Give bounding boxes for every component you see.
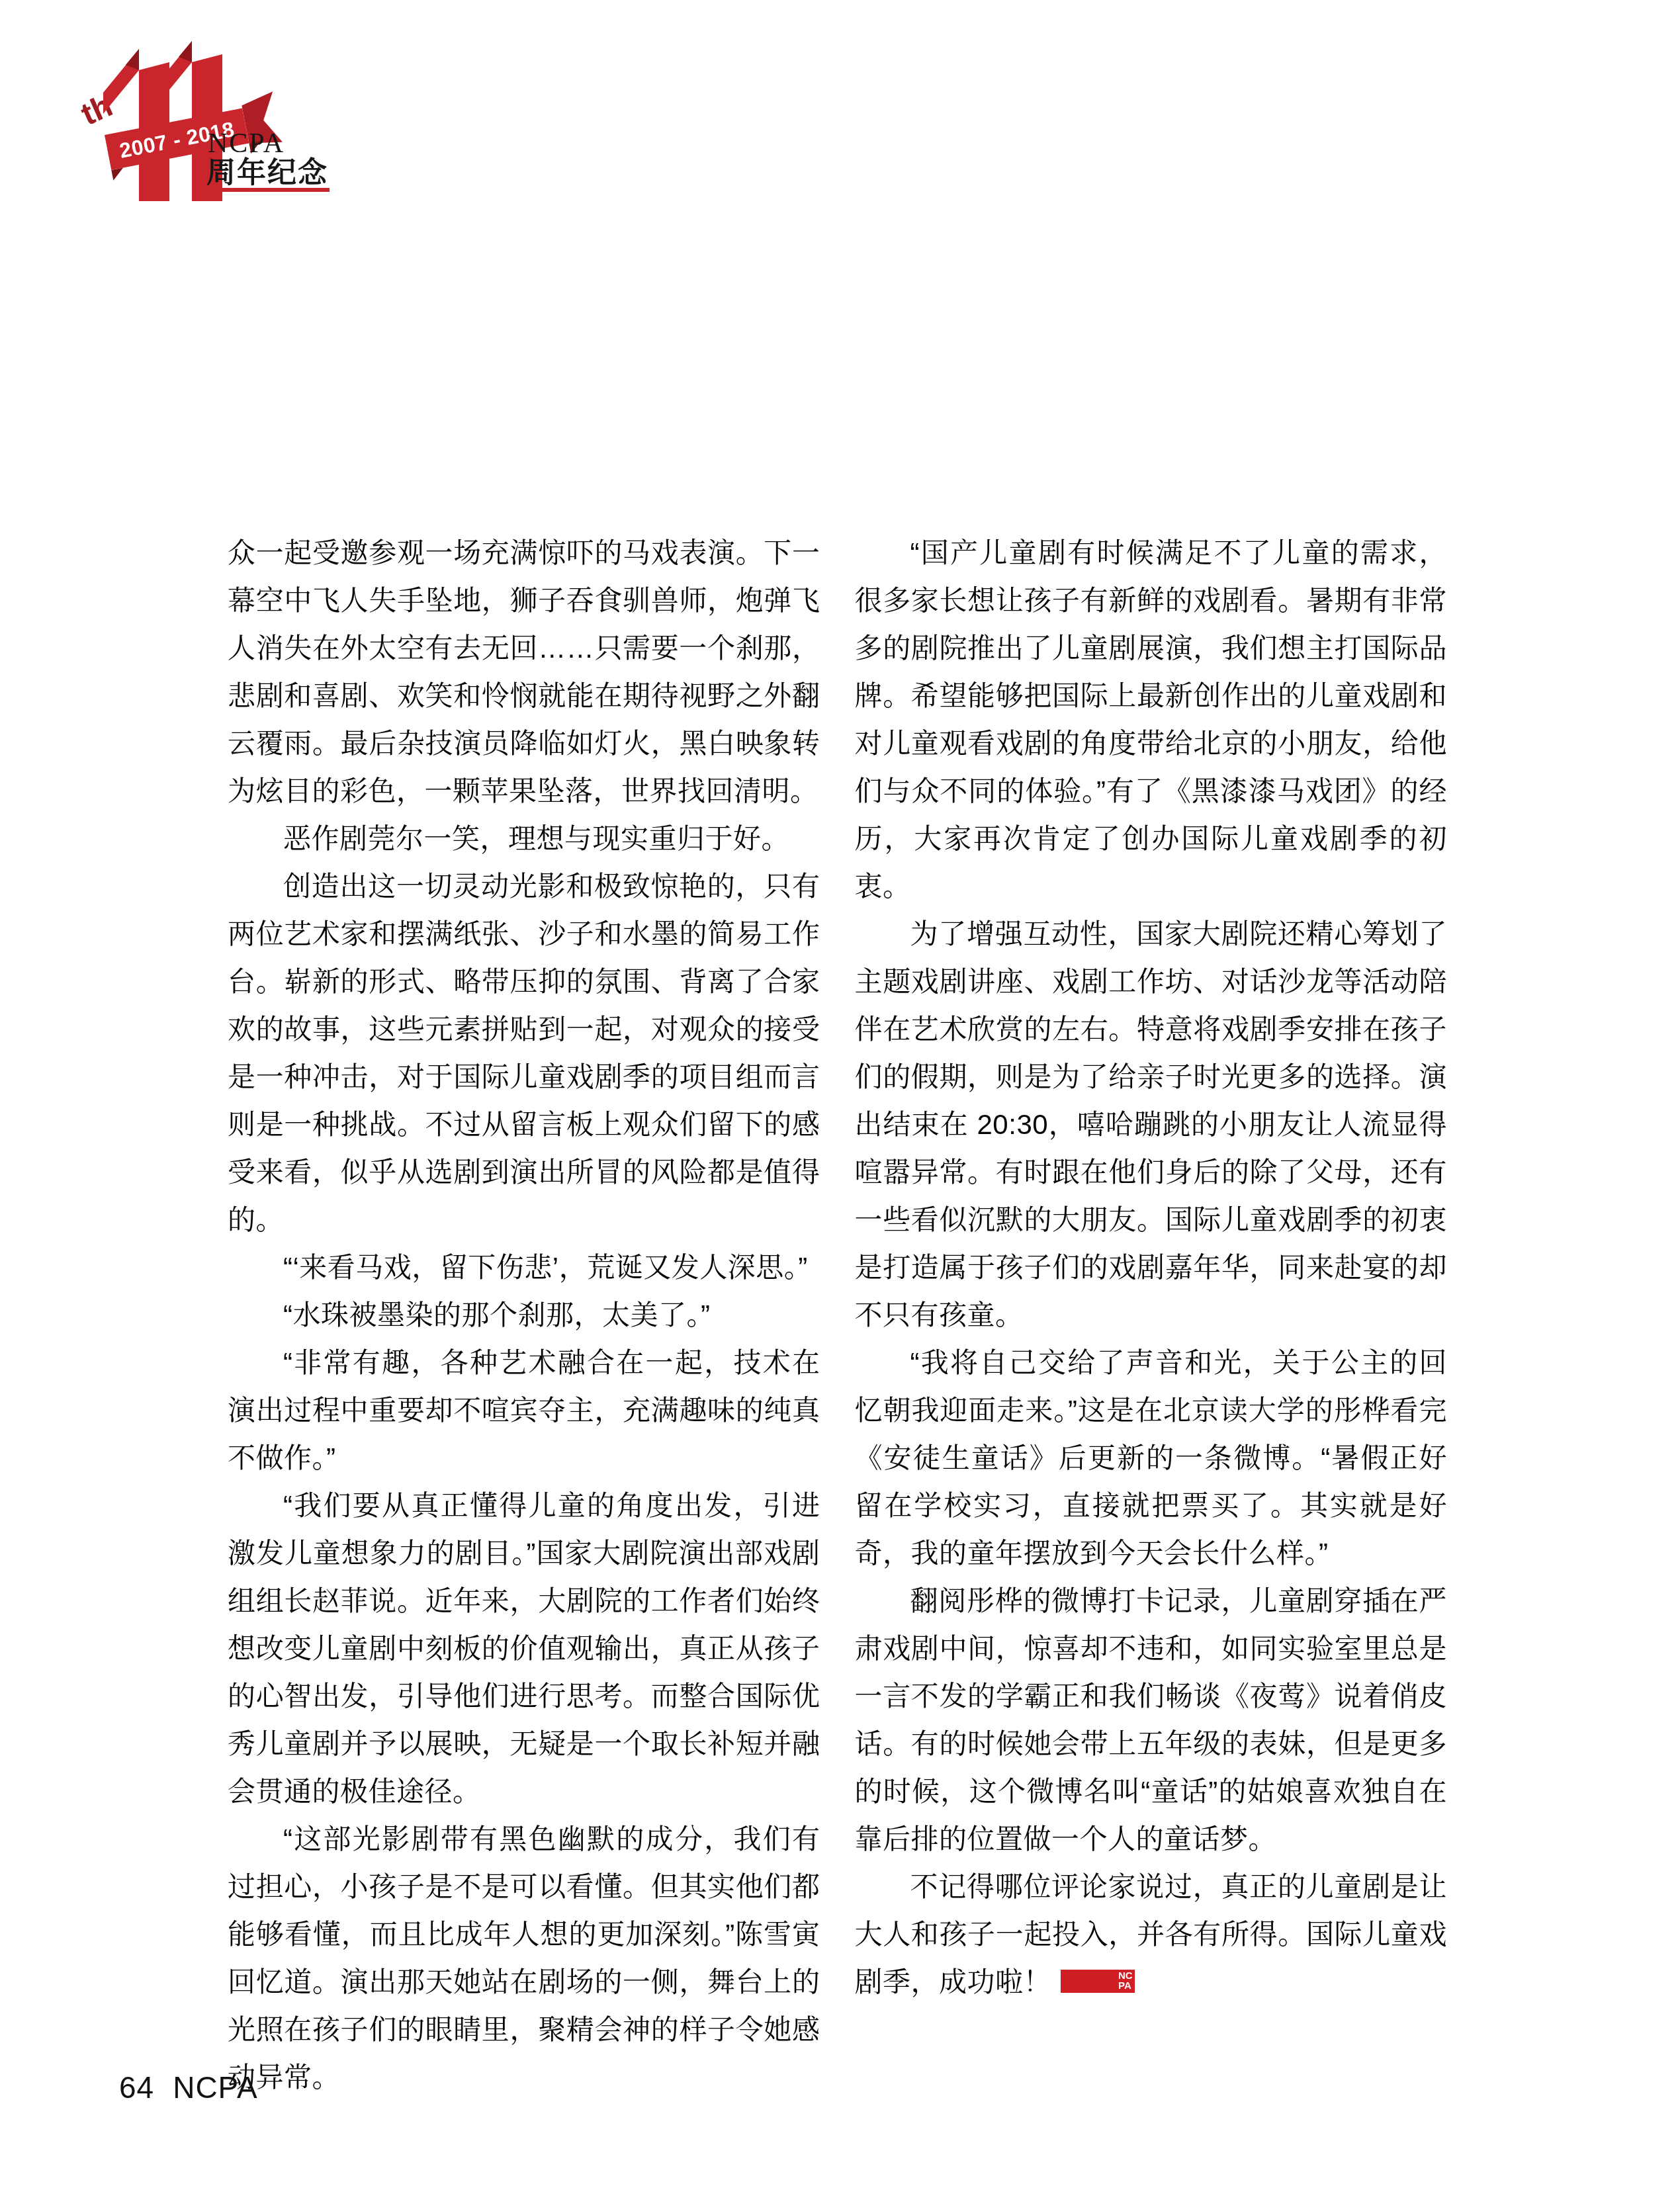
journal-name: NCPA [173, 2070, 257, 2105]
magazine-page: th 2007 - 2018 NCPA [0, 0, 1680, 2188]
logo-org-text: NCPA [208, 128, 285, 159]
left-column: 众一起受邀参观一场充满惊吓的马戏表演。下一幕空中飞人失手坠地，狮子吞食驯兽师，炮… [228, 529, 820, 2101]
quote-paragraph: “非常有趣，各种艺术融合在一起，技术在演出过程中重要却不喧宾夺主，充满趣味的纯真… [228, 1339, 820, 1482]
ncpa-end-mark-icon: NCPA [1061, 1970, 1135, 1993]
end-mark-line1: NC [1063, 1971, 1133, 1981]
quote-paragraph: “水珠被墨染的那个刹那，太美了。” [228, 1291, 820, 1339]
paragraph: 众一起受邀参观一场充满惊吓的马戏表演。下一幕空中飞人失手坠地，狮子吞食驯兽师，炮… [228, 529, 820, 815]
paragraph: 创造出这一切灵动光影和极致惊艳的，只有两位艺术家和摆满纸张、沙子和水墨的简易工作… [228, 863, 820, 1244]
paragraph: “这部光影剧带有黑色幽默的成分，我们有过担心，小孩子是不是可以看懂。但其实他们都… [228, 1816, 820, 2101]
quote-paragraph: “‘来看马戏，留下伤悲’，荒诞又发人深思。” [228, 1244, 820, 1291]
anniversary-logo-graphic: th 2007 - 2018 NCPA [78, 28, 349, 236]
right-column: “国产儿童剧有时候满足不了儿童的需求，很多家长想让孩子有新鲜的戏剧看。暑期有非常… [855, 529, 1448, 2101]
page-footer: 64NCPA [119, 2070, 258, 2105]
paragraph: “国产儿童剧有时候满足不了儿童的需求，很多家长想让孩子有新鲜的戏剧看。暑期有非常… [855, 529, 1448, 910]
closing-paragraph: 不记得哪位评论家说过，真正的儿童剧是让大人和孩子一起投入，并各有所得。国际儿童戏… [855, 1863, 1448, 2006]
paragraph: 为了增强互动性，国家大剧院还精心筹划了主题戏剧讲座、戏剧工作坊、对话沙龙等活动陪… [855, 910, 1448, 1339]
logo-underline [196, 188, 330, 192]
logo-anniversary-text: 周年纪念 [206, 156, 328, 189]
article-body: 众一起受邀参观一场充满惊吓的马戏表演。下一幕空中飞人失手坠地，狮子吞食驯兽师，炮… [228, 529, 1447, 2101]
end-mark-line2: PA [1063, 1981, 1133, 1991]
closing-text: 不记得哪位评论家说过，真正的儿童剧是让大人和孩子一起投入，并各有所得。国际儿童戏… [855, 1871, 1448, 1997]
paragraph: 翻阅彤桦的微博打卡记录，儿童剧穿插在严肃戏剧中间，惊喜却不违和，如同实验室里总是… [855, 1577, 1448, 1863]
paragraph: “我们要从真正懂得儿童的角度出发，引进激发儿童想象力的剧目。”国家大剧院演出部戏… [228, 1482, 820, 1816]
page-number: 64 [119, 2070, 154, 2105]
anniversary-logo: th 2007 - 2018 NCPA [78, 28, 349, 236]
paragraph: 恶作剧莞尔一笑，理想与现实重归于好。 [228, 815, 820, 863]
paragraph: “我将自己交给了声音和光，关于公主的回忆朝我迎面走来。”这是在北京读大学的彤桦看… [855, 1339, 1448, 1577]
